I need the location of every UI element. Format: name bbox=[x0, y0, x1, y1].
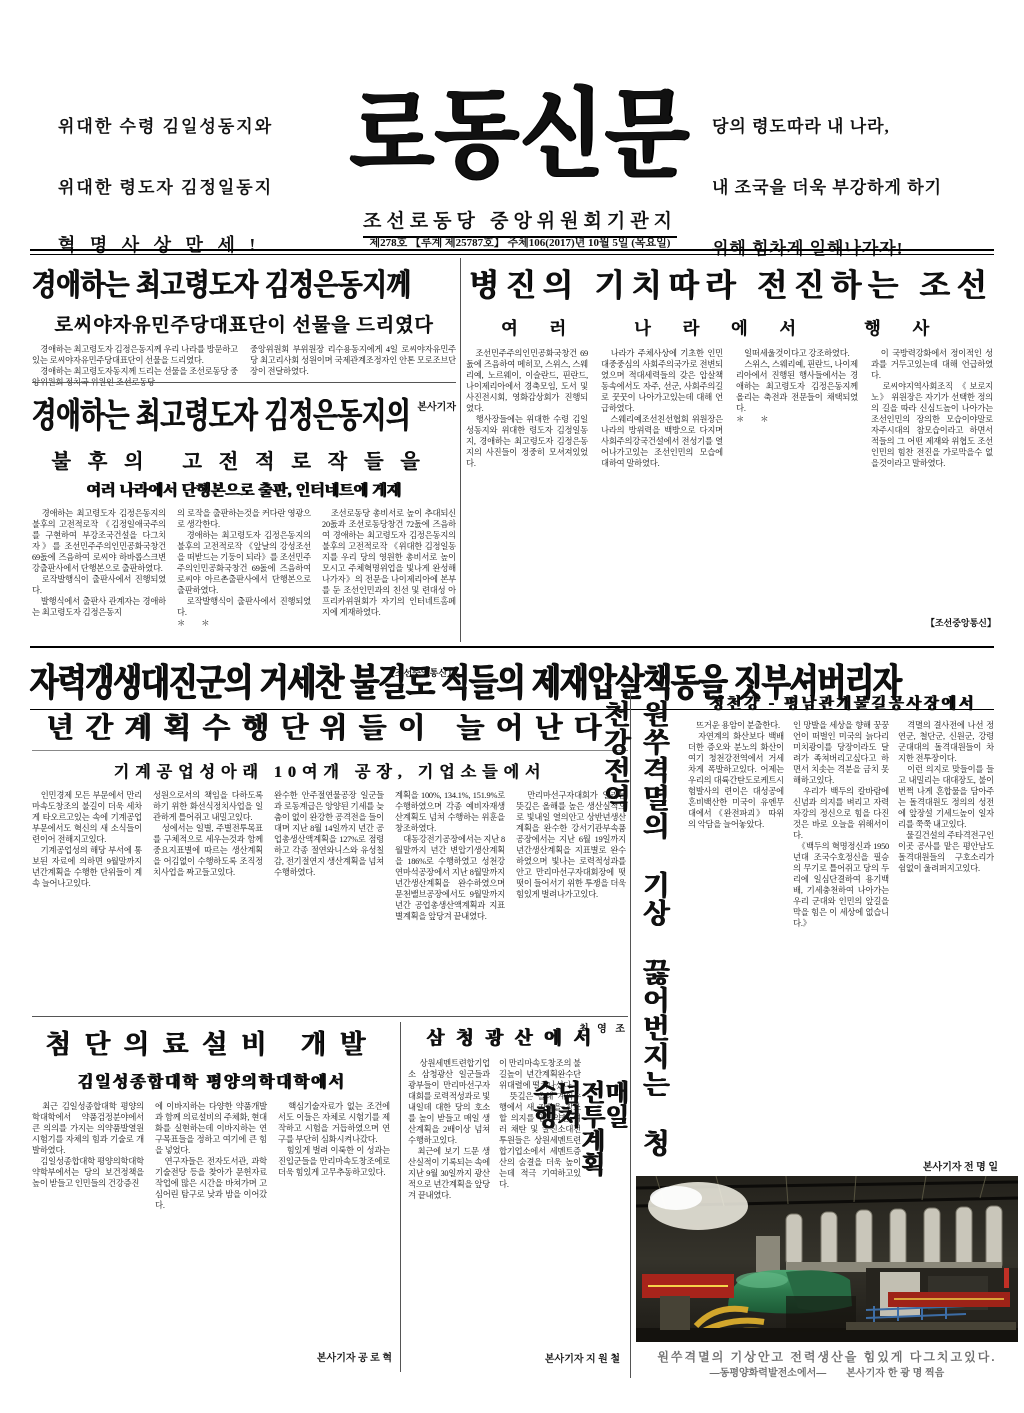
body-column: 만리마선구자대회가 열리는 뜻깊은 올해를 높은 생산실적으로 빛내일 열의안고… bbox=[516, 790, 626, 1020]
article-works: 경애하는 최고령도자 김정은동지의 불후의 고전적로작들을 여러 나라에서 단행… bbox=[32, 388, 456, 679]
body-column: 인민경제 모든 부문에서 만리마속도창조의 불길이 더욱 세차게 타오르고있는 … bbox=[32, 790, 142, 1020]
body-column: 최근 김일성종합대학 평양의학대학에서 약품검정분야에서 큰 의의를 가지는 의… bbox=[32, 1101, 144, 1349]
masthead-right-slogan: 당의 령도따라 내 나라, 내 조국을 더욱 부강하게 하기 위해 힘차게 일해… bbox=[712, 112, 988, 259]
issue-date-line: 제278호 【루계 제25787호】 주체106(2017)년 10월 5일 (… bbox=[306, 234, 734, 250]
byline: 본사기자 전 명 일 bbox=[688, 1158, 998, 1173]
article-headline: 삼청광산에서 bbox=[408, 1024, 622, 1050]
body-column: 나라가 주체사상에 기초한 인민대중중심의 사회주의국가로 전변되였으며 적대세… bbox=[601, 348, 723, 616]
masthead-left-slogan: 위대한 수령 김일성동지와 위대한 령도자 김정일동지 혁 명 사 상 만 세 … bbox=[58, 112, 348, 257]
slogan-line: 위대한 령도자 김정일동지 bbox=[58, 173, 348, 198]
power-plant-photo-art bbox=[636, 1176, 1018, 1342]
masthead-divider bbox=[30, 249, 994, 255]
body-column: 조선민주주의인민공화국창건 69돐에 즈음하여 메히꼬, 스위스, 스웨리예, … bbox=[466, 348, 588, 616]
slogan-line: 위해 힘차게 일해나가자! bbox=[712, 234, 988, 259]
article-divider bbox=[32, 382, 456, 383]
article-subhead: 로씨야자유민주당대표단이 선물을 드리였다 bbox=[32, 310, 456, 337]
section-divider bbox=[32, 1016, 628, 1017]
body-column: 성원으로서의 책임을 다하도록 하기 위한 화선식정치사업을 일관하게 틀어쥐고… bbox=[153, 790, 263, 1020]
photo-caption: 원쑤격멸의 기상안고 전력생산을 힘있게 다그치고있다. bbox=[636, 1348, 1018, 1365]
body-column: 뜨거운 용암이 분출한다. 자연계의 화산보다 백배 더한 증오와 분노의 화산… bbox=[688, 720, 784, 1158]
body-column: 의 로작을 출판하는것을 커다란 영광으로 생각한다. 경애하는 최고령도자 김… bbox=[177, 508, 311, 666]
article-headline: 경애하는 최고령도자 김정은동지의 bbox=[32, 388, 346, 437]
article-subhead: 여러 나라에서 행사 bbox=[466, 314, 996, 339]
byline: 본사기자 지 원 철 bbox=[430, 1350, 620, 1365]
section-divider bbox=[460, 258, 461, 642]
body-column: 핵심기술자료가 없는 조건에서도 이들은 자체로 시험기를 제작하고 시험을 거… bbox=[278, 1101, 390, 1349]
body-column: 이 국방력강화에서 정이적인 성과를 거두고있는데 대해 언급하였다. 로씨야지… bbox=[871, 348, 993, 616]
slogan-line: 위대한 수령 김일성동지와 bbox=[58, 112, 348, 137]
byline: 【조선중앙통신】 bbox=[466, 616, 996, 629]
article-chongchon: 청천강 - 평남관개물길공사장에서 뜨거운 용암이 분출한다. 자연계의 화산보… bbox=[688, 692, 998, 1173]
article-subhead: 김일성종합대학 평양의학대학에서 bbox=[32, 1069, 392, 1092]
article-annual-plan: 년간계획수행단위들이 늘어난다 기계공업성아래 10여개 공장, 기업소들에서 … bbox=[32, 706, 628, 1035]
article-subhead: 불후의 고전적로작들을 bbox=[32, 445, 456, 474]
article-medical: 첨단의료설비 개발 김일성종합대학 평양의학대학에서 최근 김일성종합대학 평양… bbox=[32, 1024, 392, 1364]
newspaper-page: 위대한 수령 김일성동지와 위대한 령도자 김정일동지 혁 명 사 상 만 세 … bbox=[0, 0, 1024, 1413]
body-column: 완수한 안주절연물공장 일군들과 로동계급은 앙양된 기세를 늦춤이 없이 완강… bbox=[274, 790, 384, 1020]
body-column: 격멸의 결사전에 나선 정연군, 철단군, 신원군, 강령군대대의 돌격대원들이… bbox=[898, 720, 994, 1158]
slogan-line: 당의 령도따라 내 나라, bbox=[712, 112, 988, 137]
article-headline: 병진의 기치따라 전진하는 조선 bbox=[466, 260, 996, 305]
section-divider bbox=[400, 1022, 401, 1372]
body-column: 에 이바지하는 다양한 약품개발과 함께 의료설비의 주체화, 현대화를 실현하… bbox=[155, 1101, 267, 1349]
newspaper-title: 로동신문 bbox=[336, 80, 704, 192]
body-column: 인 망발을 세상을 향해 꿍꿍언이 떠벌인 미국의 늙다리미치광이를 당장이라도… bbox=[793, 720, 889, 1158]
article-headline: 첨단의료설비 개발 bbox=[32, 1024, 392, 1061]
body-column: 경애하는 최고령도자 김정은동지의 불후의 고전적로작 《김정일애국주의를 구현… bbox=[32, 508, 166, 666]
body-column: 조선로동당 총비서로 높이 추대되신 20돐과 조선로동당창건 72돐에 즈음하… bbox=[322, 508, 456, 666]
power-plant-photo bbox=[636, 1176, 1018, 1342]
article-subhead: 청천강 - 평남관개물길공사장에서 bbox=[688, 692, 998, 713]
article-subhead: 기계공업성아래 10여개 공장, 기업소들에서 bbox=[32, 759, 628, 782]
article-headline: 년간계획수행단위들이 늘어난다 bbox=[32, 706, 628, 751]
body-column: 계획을 100%, 134.1%, 151.9%로 수행하였으며 각종 예비자재… bbox=[395, 790, 505, 1020]
byline: 본사기자 공 로 혁 bbox=[32, 1349, 392, 1364]
vertical-subhead: 매일 전투계획 넘쳐 수행 bbox=[578, 1080, 626, 1342]
article-headline: 경애하는 최고령도자 김정은동지께 bbox=[32, 260, 388, 304]
article-subhead2: 여러 나라에서 단행본으로 출판, 인터네트에 게재 bbox=[32, 479, 456, 500]
vertical-headline: 원쑤격멸의 기상 끓어번지는 청천강전역 bbox=[634, 700, 674, 1166]
body-column: 상원세멘트련합기업소 삼청광산 일군들과 광부들이 만리마선구자대회를 로력적성… bbox=[408, 1058, 490, 1343]
slogan-line: 내 조국을 더욱 부강하게 하기 bbox=[712, 173, 988, 198]
photo-caption-credit: —동평양화력발전소에서— 본사기자 한 광 명 찍음 bbox=[636, 1364, 1018, 1379]
article-parallel: 병진의 기치따라 전진하는 조선 여러 나라에서 행사 조선민주주의인민공화국창… bbox=[466, 260, 996, 629]
body-column: 일떠세울것이다고 강조하였다. 스위스, 스웨리예, 핀란드, 나이제리아에서 … bbox=[736, 348, 858, 616]
